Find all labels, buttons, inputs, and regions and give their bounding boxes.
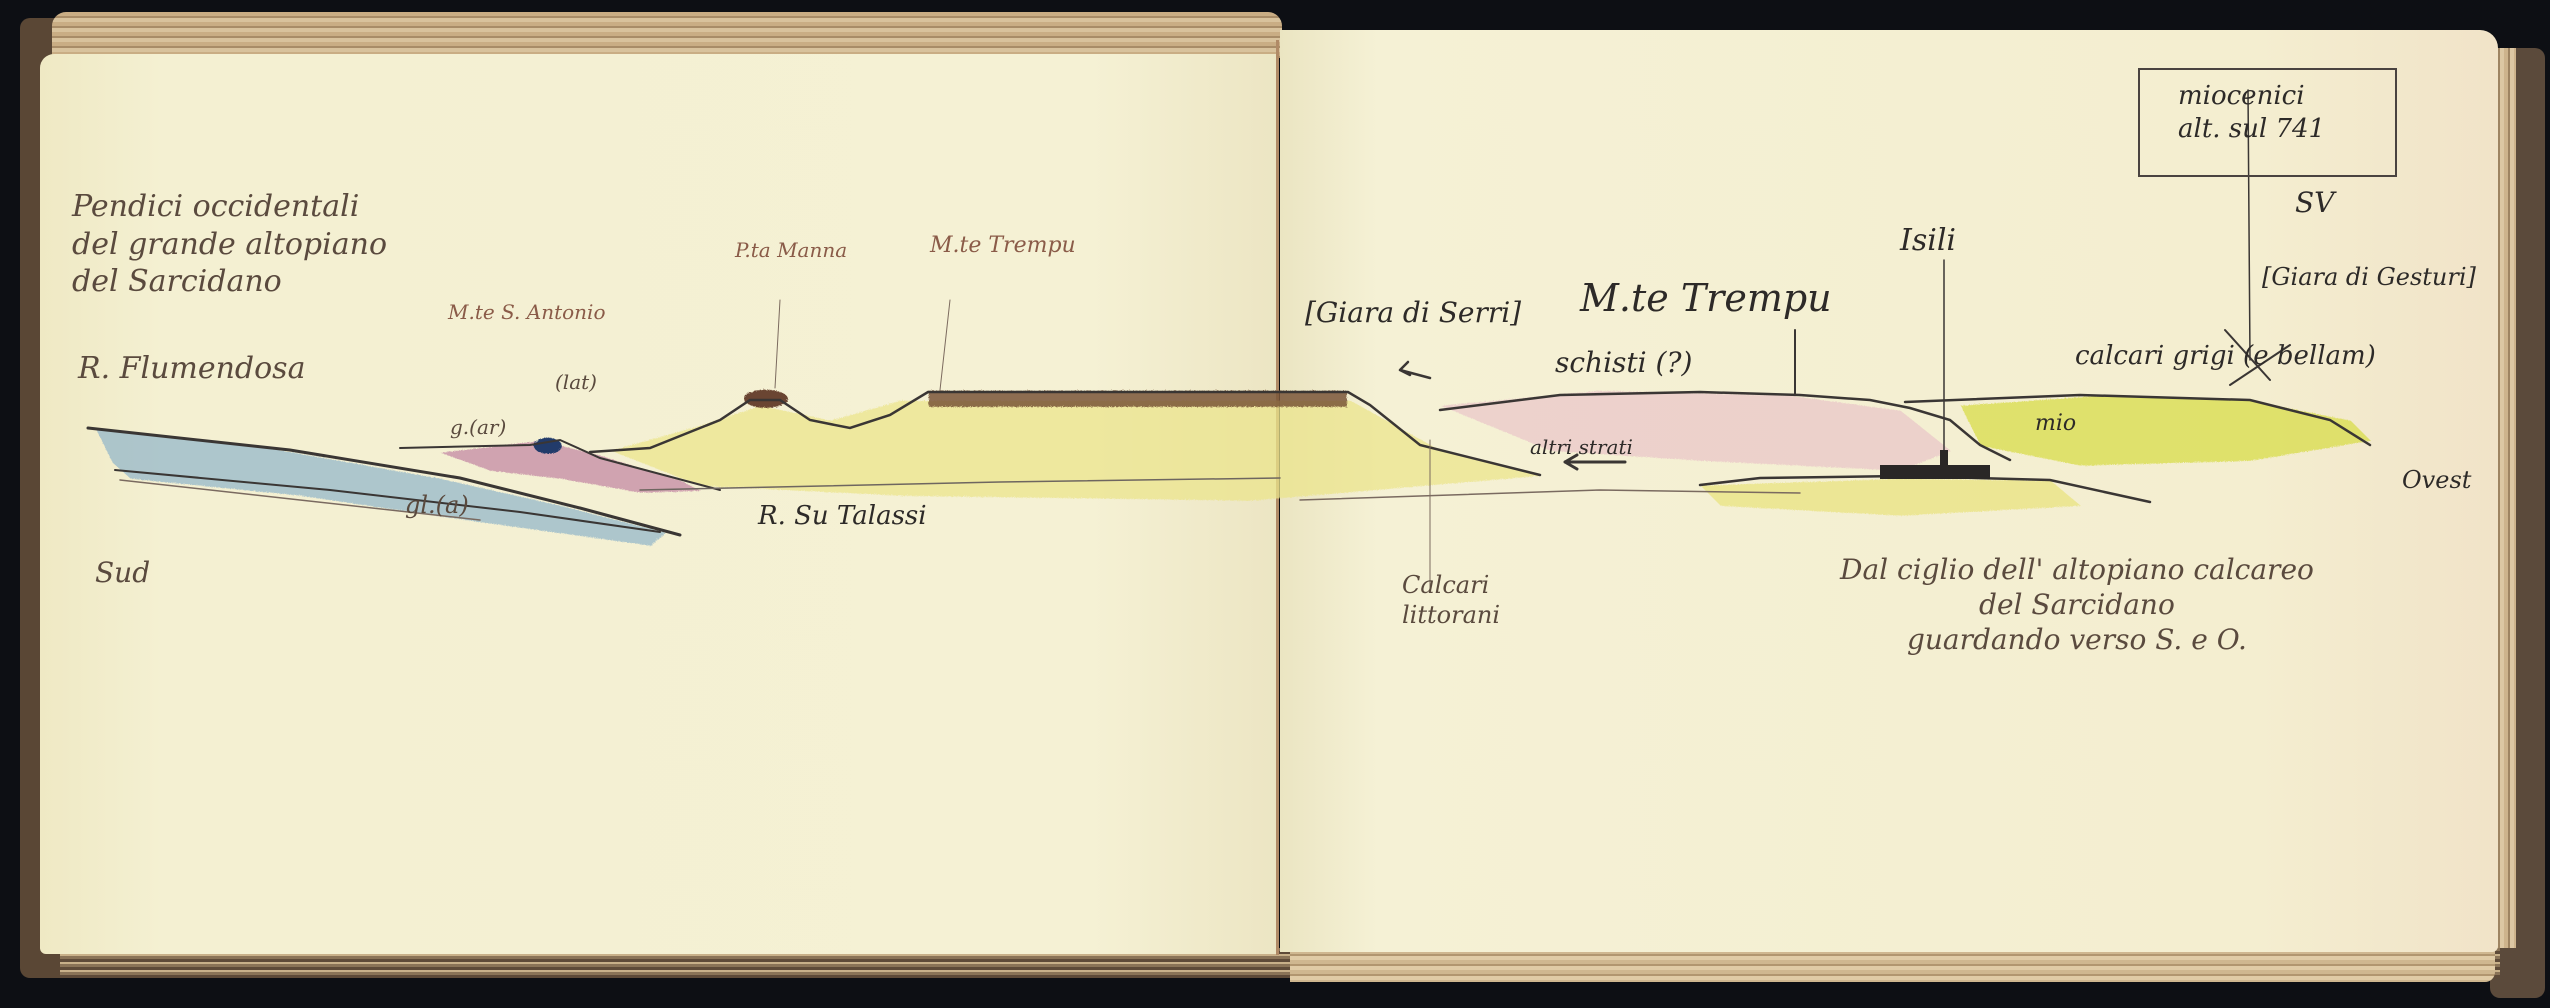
leader-p-ta-manna	[775, 300, 780, 388]
yellow-green-giara	[1960, 395, 2370, 465]
box-direction-label: SV	[2295, 185, 2334, 220]
miocene-label: mio	[2035, 410, 2076, 438]
direction-west-label: Ovest	[2402, 465, 2471, 495]
p-ta-manna-label: P.ta Manna	[735, 238, 847, 263]
direction-south-label: Sud	[95, 555, 150, 590]
pink-hill	[1440, 390, 1950, 470]
mt-trempu-label: M.te Trempu	[1580, 275, 1832, 323]
river-su-talassi-label: R. Su Talassi	[758, 500, 927, 533]
altri-strati-label: altri strati	[1530, 435, 1633, 460]
s-antonio-knoll	[533, 437, 561, 453]
schists-label: schisti (?)	[1555, 345, 1692, 380]
leader-mt-trempu	[940, 300, 950, 390]
giara-label: g.(ar)	[450, 415, 506, 440]
p-ta-manna-cap	[743, 389, 787, 407]
isili-tower	[1940, 450, 1948, 468]
arrow-giara-serri	[1400, 362, 1430, 378]
isili-village	[1880, 465, 1990, 479]
giara-gesturi-label: [Giara di Gesturi]	[2262, 262, 2476, 292]
mt-s-antonio-label: M.te S. Antonio	[448, 300, 606, 325]
caption-note: Dal ciglio dell' altopiano calcareo del …	[1840, 552, 2314, 657]
title-note: Pendici occidentali del grande altopiano…	[72, 188, 387, 301]
yellow-lower-bed	[1700, 478, 2080, 515]
mt-trempu-left-label: M.te Trempu	[930, 232, 1076, 260]
calcari-label: calcari grigi (e bellam)	[2075, 340, 2376, 373]
calcari-littorani-label: Calcari littorani	[1402, 570, 1500, 630]
river-flumendosa-label: R. Flumendosa	[78, 350, 305, 388]
giara-serri-label: [Giara di Serri]	[1305, 295, 1521, 330]
isili-label: Isili	[1900, 222, 1956, 260]
box-note: miocenici alt. sul 741	[2178, 80, 2325, 145]
gneiss-label: gl.(a)	[405, 490, 469, 520]
lat-label: (lat)	[555, 370, 597, 395]
yellow-plateau	[610, 400, 1540, 500]
